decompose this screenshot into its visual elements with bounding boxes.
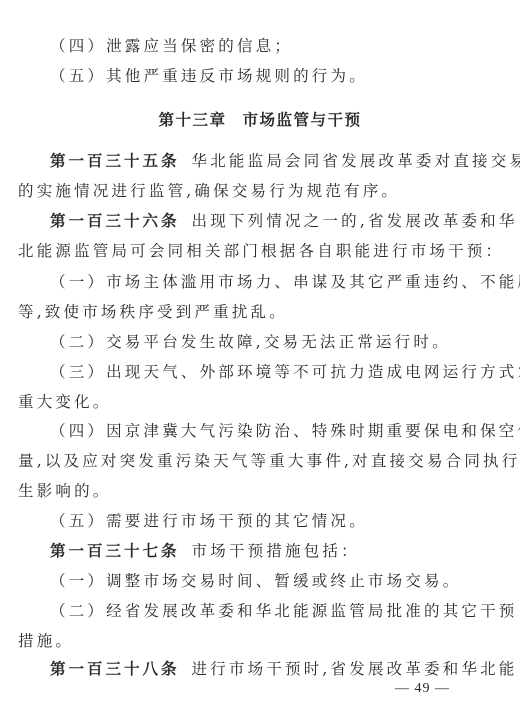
document-page: （四）泄露应当保密的信息； （五）其他严重违反市场规则的行为。 第十三章市场监管… (0, 0, 520, 709)
list-item: （五）需要进行市场干预的其它情况。 (50, 511, 456, 531)
list-item: （二）交易平台发生故障,交易无法正常运行时。 (50, 332, 456, 352)
article-135: 第一百三十五条华北能监局会同省发展改革委对直接交易 (50, 151, 456, 171)
article-label: 第一百三十八条 (50, 660, 180, 678)
article-label: 第一百三十五条 (50, 152, 180, 170)
list-item: （四）泄露应当保密的信息； (50, 36, 456, 56)
page-number: — 49 — (395, 680, 450, 698)
list-item: （三）出现天气、外部环境等不可抗力造成电网运行方式发生 (50, 362, 456, 382)
list-item: （一）市场主体滥用市场力、串谋及其它严重违约、不能履约 (50, 272, 456, 292)
article-text: 出现下列情况之一的,省发展改革委和华 (192, 212, 518, 230)
chapter-heading: 第十三章市场监管与干预 (0, 110, 520, 130)
list-item-continued: 等,致使市场秩序受到严重扰乱。 (18, 302, 456, 322)
list-item-continued: 重大变化。 (18, 392, 456, 412)
chapter-number: 第十三章 (158, 111, 226, 129)
list-item: （四）因京津冀大气污染防治、特殊时期重要保电和保空气质 (50, 421, 456, 441)
article-138: 第一百三十八条进行市场干预时,省发展改革委和华北能 (50, 659, 456, 679)
list-item-continued: 措施。 (18, 631, 456, 651)
article-137: 第一百三十七条市场干预措施包括： (50, 541, 456, 561)
article-136: 第一百三十六条出现下列情况之一的,省发展改革委和华 (50, 211, 456, 231)
list-item-continued: 量,以及应对突发重污染天气等重大事件,对直接交易合同执行产 (18, 451, 456, 471)
article-text: 华北能监局会同省发展改革委对直接交易 (192, 152, 520, 170)
chapter-title: 市场监管与干预 (243, 111, 362, 129)
list-item-continued: 生影响的。 (18, 481, 456, 501)
article-text-continued: 北能源监管局可会同相关部门根据各自职能进行市场干预： (18, 241, 456, 261)
list-item: （一）调整市场交易时间、暂缓或终止市场交易。 (50, 571, 456, 591)
list-item: （五）其他严重违反市场规则的行为。 (50, 66, 456, 86)
article-label: 第一百三十七条 (50, 542, 180, 560)
article-text: 进行市场干预时,省发展改革委和华北能 (192, 660, 518, 678)
article-text-continued: 的实施情况进行监管,确保交易行为规范有序。 (18, 181, 456, 201)
list-item: （二）经省发展改革委和华北能源监管局批准的其它干预 (50, 601, 456, 621)
article-label: 第一百三十六条 (50, 212, 180, 230)
article-text: 市场干预措施包括： (192, 542, 360, 560)
